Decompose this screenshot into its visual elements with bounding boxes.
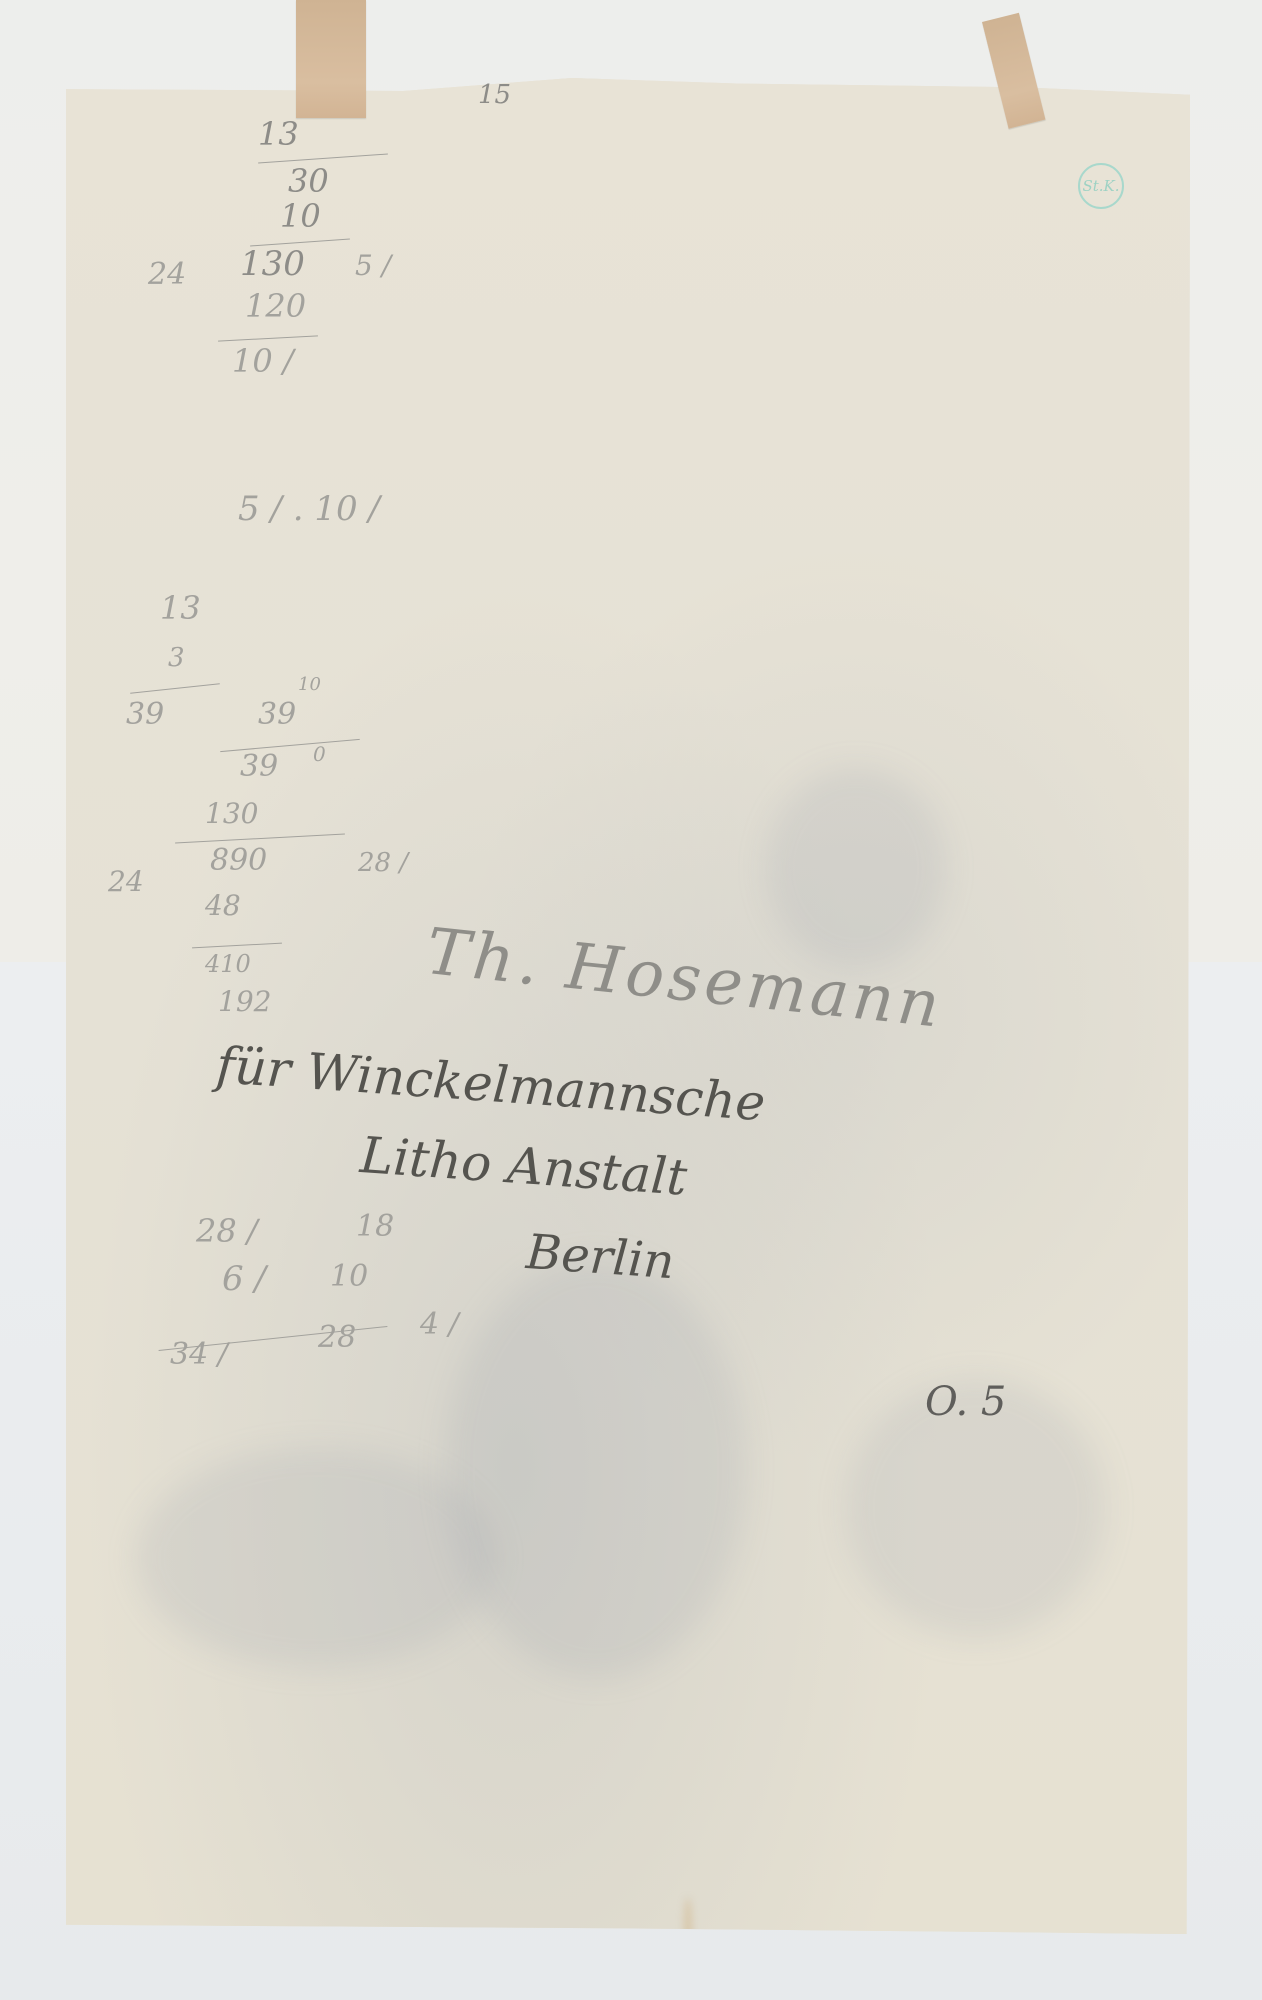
- inventory-mark: O. 5: [925, 1382, 1006, 1422]
- calc-mid-k: 410: [205, 952, 251, 976]
- calc-mid-f: 130: [205, 800, 258, 828]
- calc-mid-e: 39: [240, 752, 278, 782]
- calc-top-13: 13: [258, 118, 299, 150]
- middle-note: 5 / . 10 /: [238, 492, 380, 526]
- calc-mid-d-sup: 10: [298, 676, 321, 694]
- top-note: 15: [478, 82, 511, 108]
- calc-mid-a: 13: [160, 592, 201, 624]
- calc-top-10: 10: [280, 200, 321, 232]
- calc-top-subtract: 120: [245, 290, 306, 322]
- show-through-figure: [136, 1448, 496, 1668]
- show-through-figure: [446, 1258, 746, 1678]
- calc-bot-e: 4 /: [420, 1310, 459, 1340]
- calc-mid-d: 39: [258, 700, 296, 730]
- calc-mid-c: 39: [126, 700, 164, 730]
- calc-top-dividend: 130: [240, 247, 305, 281]
- show-through-head: [766, 768, 946, 968]
- collection-stamp: St.K.: [1078, 163, 1124, 209]
- stamp-text: St.K.: [1082, 177, 1119, 195]
- calc-top-divisor: 24: [148, 260, 186, 290]
- calc-mid-l: 192: [218, 988, 271, 1016]
- calc-bot-d: 28: [318, 1323, 356, 1353]
- calc-bot-a: 28 /: [196, 1215, 258, 1247]
- calc-mid-b: 3: [168, 645, 185, 671]
- calc-bot-b: 6 /: [222, 1262, 266, 1296]
- calc-mid-e-sup: 0: [313, 744, 326, 764]
- calc-mid-h: 890: [210, 846, 267, 876]
- calc-top-30: 30: [288, 165, 329, 197]
- calc-mid-g: 24: [108, 868, 144, 896]
- calc-bot-a-right: 18: [356, 1212, 394, 1242]
- calc-top-quotient: 5 /: [355, 252, 391, 280]
- calc-mid-j: 48: [205, 892, 241, 920]
- calc-bot-b-right: 10: [330, 1262, 368, 1292]
- calc-mid-i: 28 /: [358, 850, 408, 876]
- calc-bot-c: 34 /: [170, 1340, 228, 1370]
- hinge-tape-left: [296, 0, 366, 118]
- inscription-line3: Berlin: [525, 1228, 676, 1286]
- calc-top-remainder: 10 /: [232, 345, 294, 377]
